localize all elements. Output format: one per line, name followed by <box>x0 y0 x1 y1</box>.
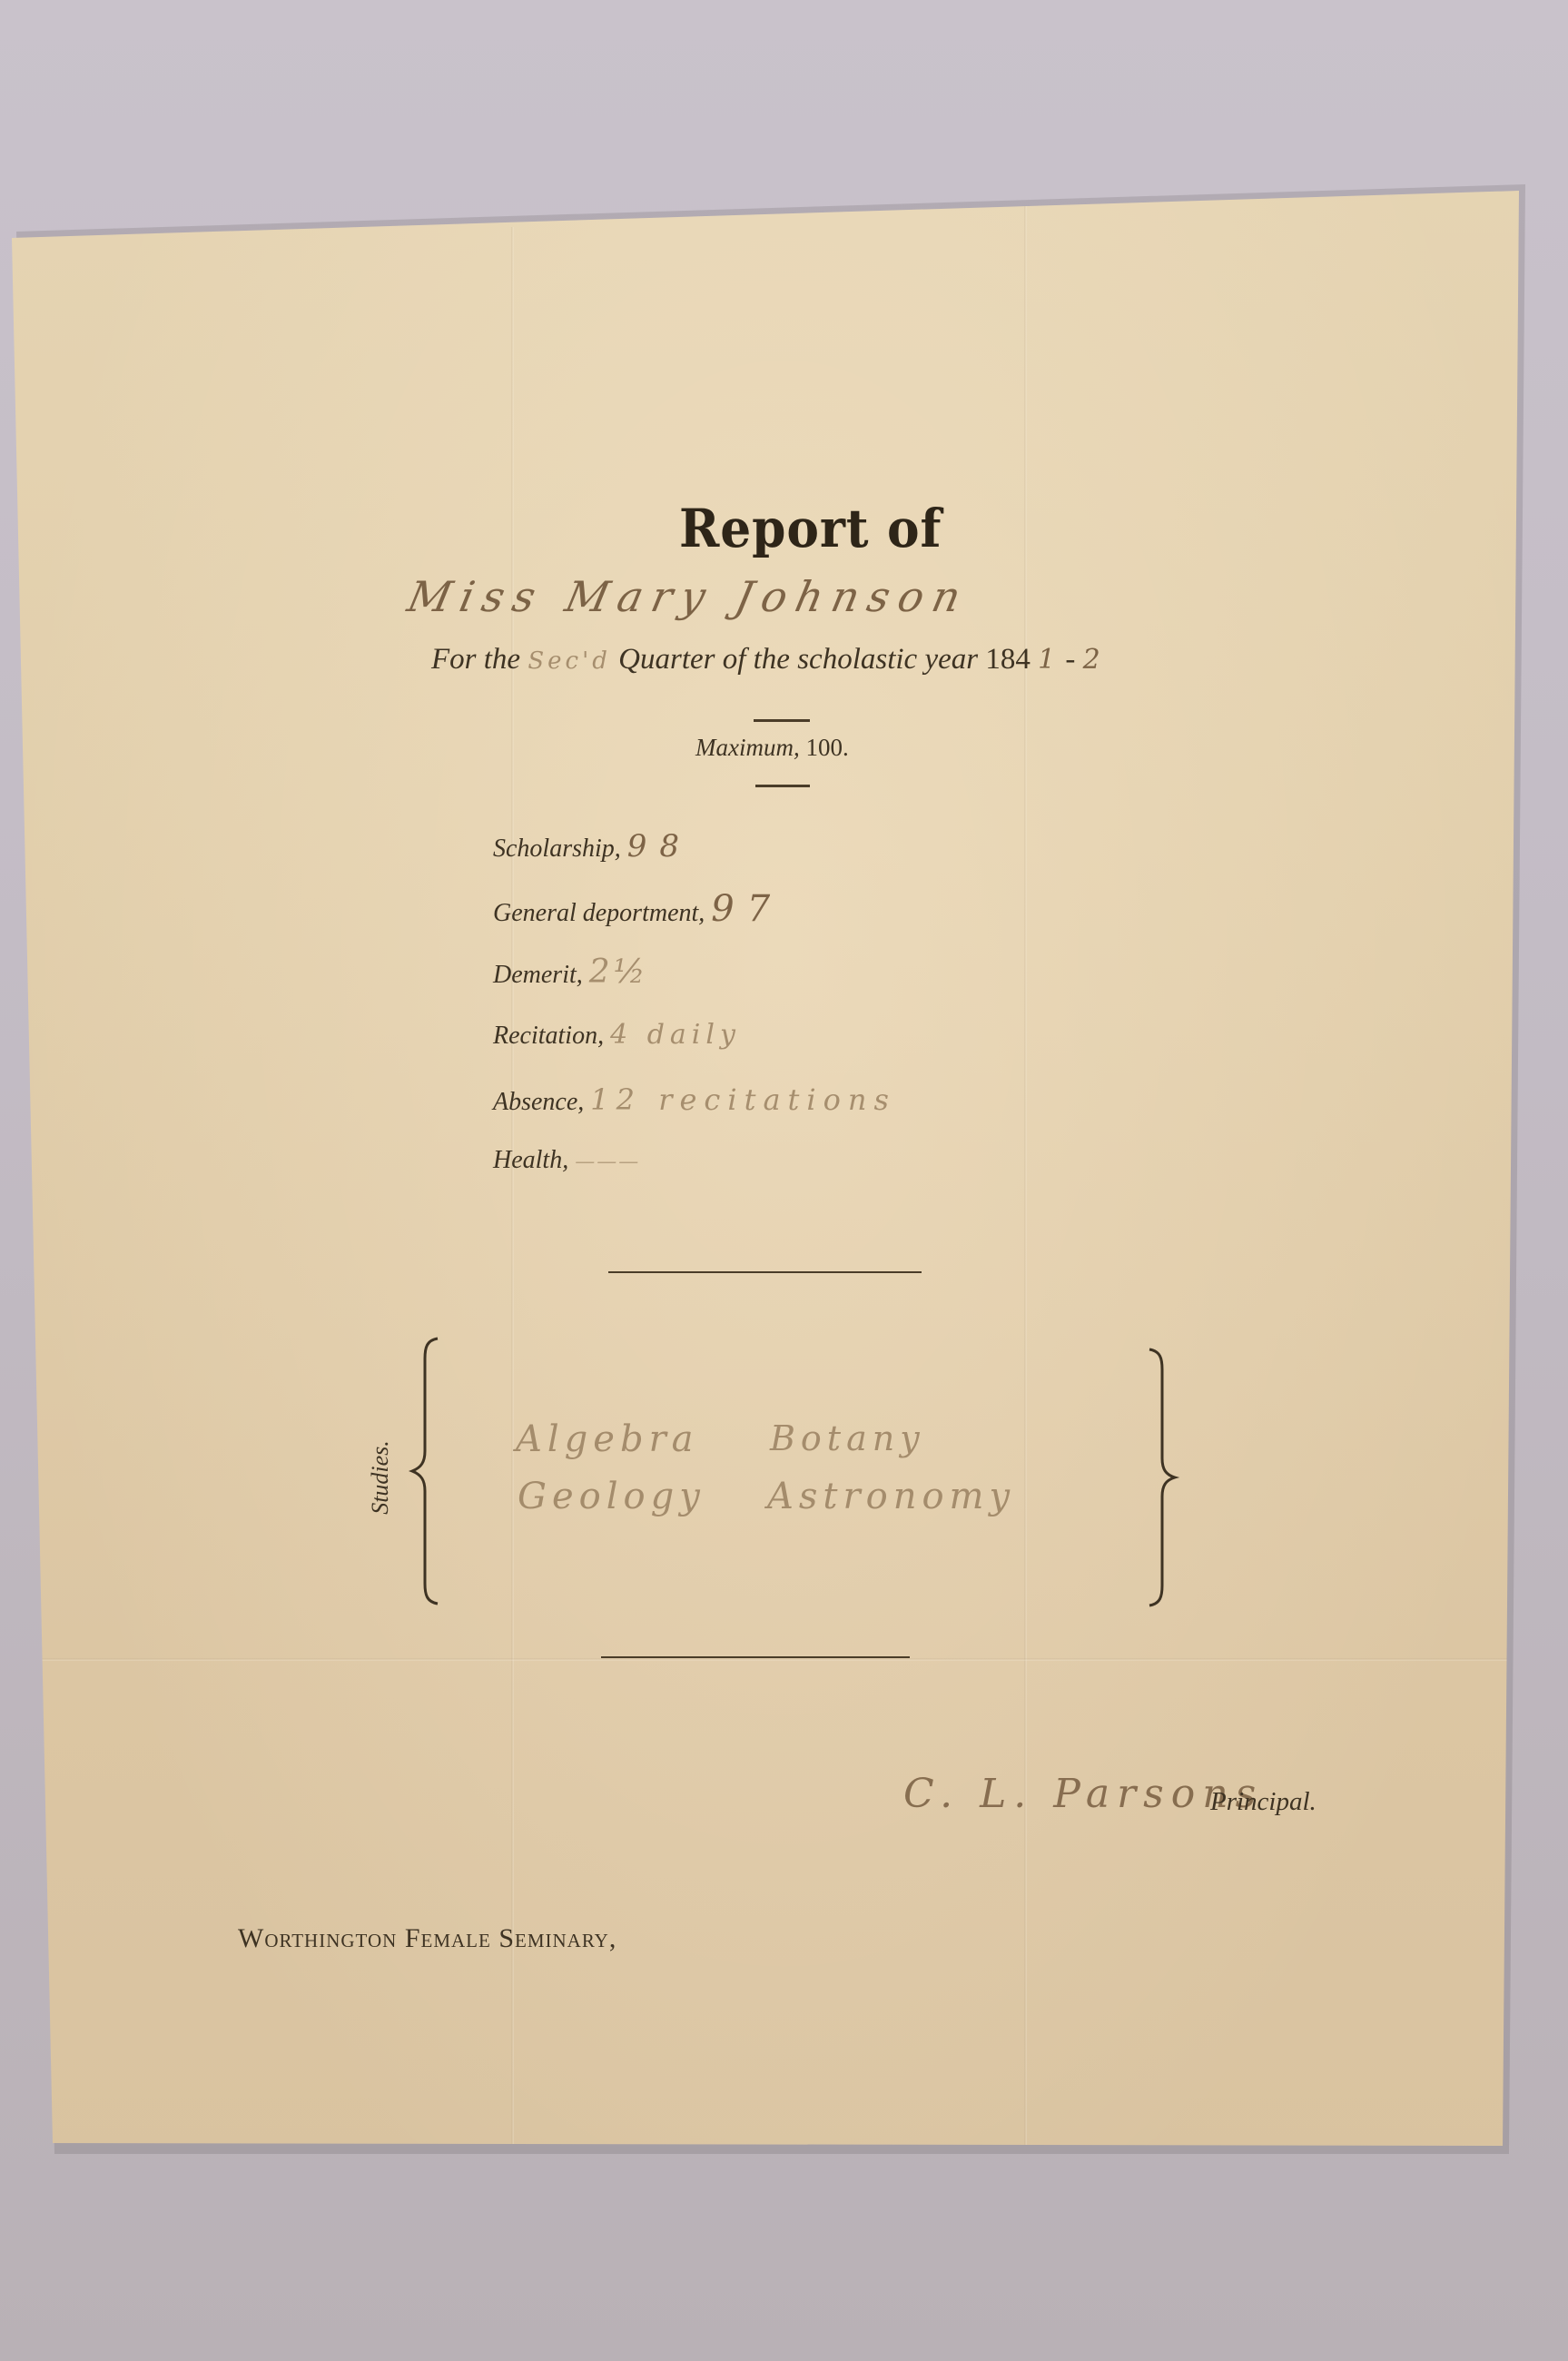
maximum-label: Maximum, <box>695 734 800 761</box>
year-handwritten-a: 1 <box>1038 644 1058 676</box>
year-handwritten-b: 2 <box>1083 644 1103 676</box>
study-item: Geology <box>518 1476 705 1517</box>
fold-line-right <box>1024 195 1027 2146</box>
report-title: Report of <box>679 498 942 559</box>
right-brace-icon <box>1144 1346 1180 1609</box>
maximum-line: Maximum, 100. <box>695 734 849 762</box>
principal-signature: C. L. Parsons <box>903 1771 1263 1817</box>
field-value: 98 <box>627 828 692 864</box>
field-recitation: Recitation, 4 daily <box>493 1019 741 1051</box>
field-general-deportment: General deportment, 97 <box>493 888 783 930</box>
study-item: Algebra <box>516 1418 699 1460</box>
maximum-rule-bottom <box>755 785 810 787</box>
quarter-prefix: For the <box>431 643 520 676</box>
report-paper: Report of Miss Mary Johnson For the Sec'… <box>0 0 1568 2361</box>
quarter-middle: Quarter of the scholastic year <box>618 643 978 676</box>
field-label: Scholarship, <box>493 835 621 863</box>
field-health: Health, ——— <box>493 1146 640 1175</box>
divider-rule-upper <box>608 1271 922 1273</box>
principal-title: Principal. <box>1210 1787 1317 1817</box>
field-value: ——— <box>575 1151 640 1173</box>
quarter-line: For the Sec'd Quarter of the scholastic … <box>431 643 1103 677</box>
field-absence: Absence, 12 recitations <box>493 1082 896 1117</box>
field-value: 4 daily <box>610 1019 741 1051</box>
field-label: General deportment, <box>493 899 705 927</box>
field-label: Demerit, <box>493 961 583 989</box>
year-printed: 184 <box>985 643 1031 676</box>
fold-line-left <box>511 227 514 2145</box>
maximum-value: 100. <box>805 734 848 761</box>
field-value: 12 recitations <box>590 1082 896 1117</box>
study-item: Astronomy <box>767 1476 1015 1517</box>
field-label: Recitation, <box>493 1022 604 1050</box>
field-value: 2½ <box>589 953 649 991</box>
fold-line-horizontal <box>14 1658 1512 1661</box>
field-label: Absence, <box>493 1088 584 1116</box>
study-item: Botany <box>770 1418 925 1458</box>
student-name-handwritten: Miss Mary Johnson <box>403 572 974 621</box>
maximum-rule-top <box>754 719 810 722</box>
field-value: 97 <box>711 888 783 930</box>
field-label: Health, <box>493 1146 568 1174</box>
left-brace-icon <box>407 1335 443 1607</box>
field-scholarship: Scholarship, 98 <box>493 828 692 864</box>
institution-name: Worthington Female Seminary, <box>238 1923 616 1954</box>
studies-label: Studies. <box>367 1440 394 1515</box>
divider-rule-lower <box>601 1656 910 1658</box>
year-separator: - <box>1065 643 1075 676</box>
field-demerit: Demerit, 2½ <box>493 953 649 991</box>
quarter-handwritten: Sec'd <box>528 647 611 675</box>
